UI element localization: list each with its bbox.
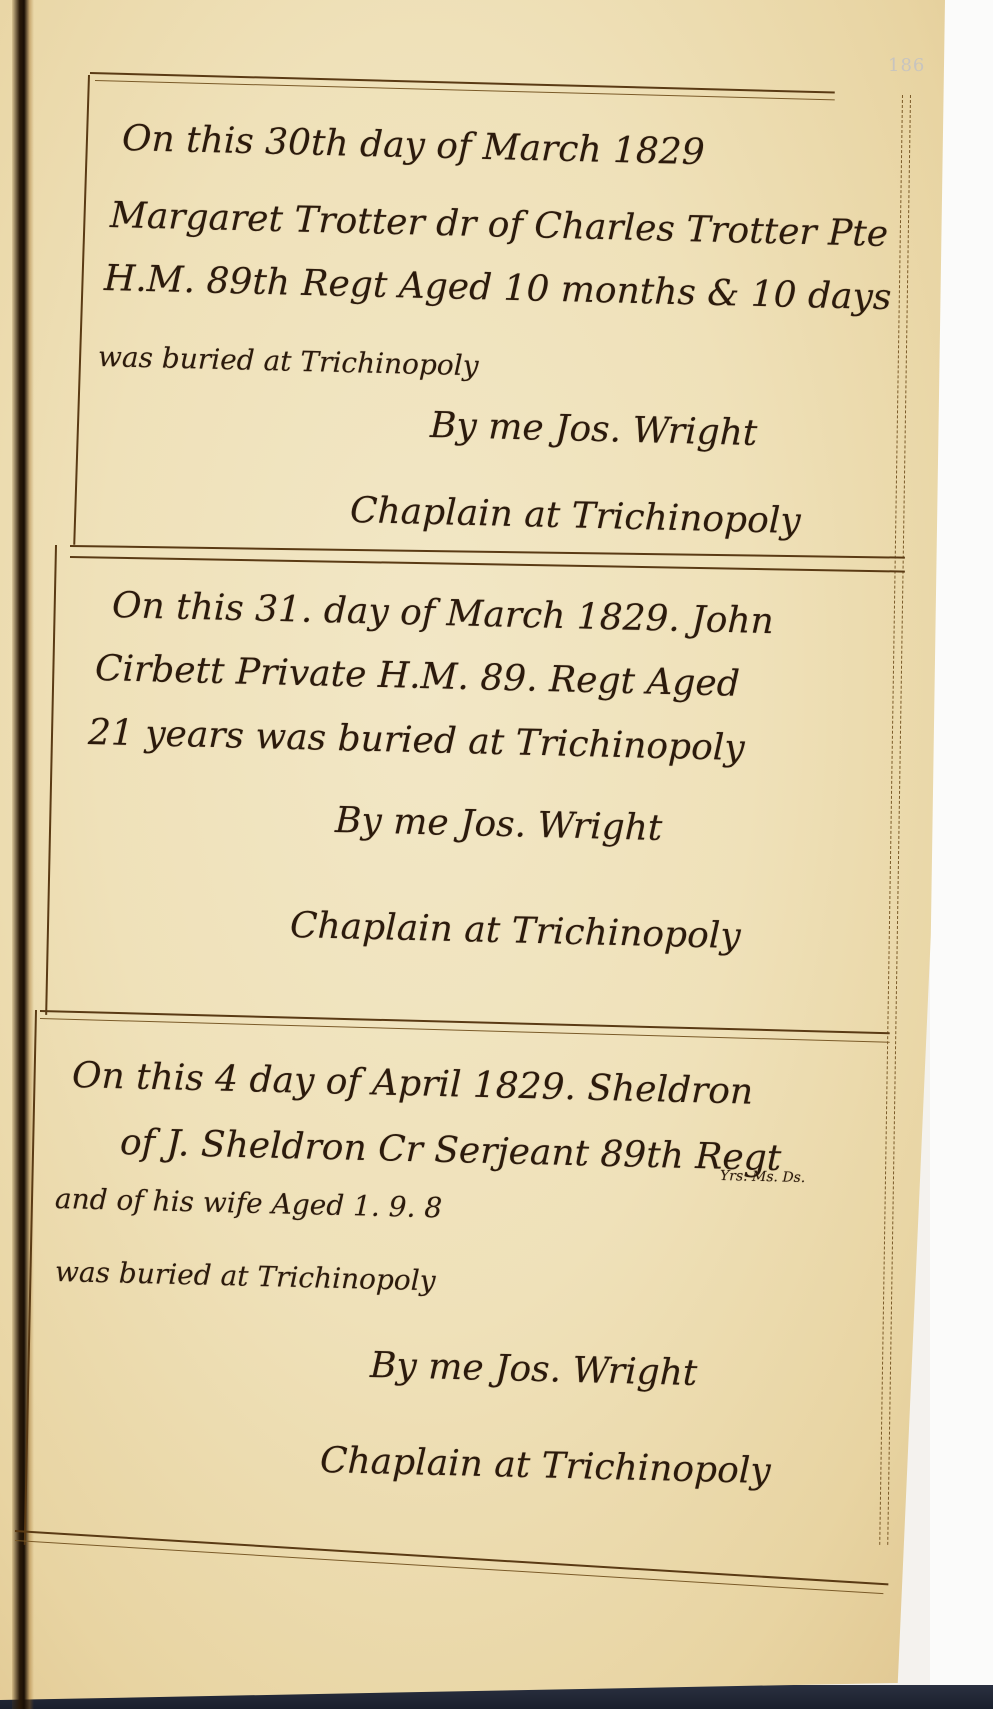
page-number: 186 [888,55,925,76]
signature: By me Jos. Wright [369,1345,697,1394]
age-units-annotation: Yrs. Ms. Ds. [720,1168,806,1186]
signature: By me Jos. Wright [334,800,662,849]
book-binding-gutter [12,0,34,1709]
signature: By me Jos. Wright [429,405,757,454]
